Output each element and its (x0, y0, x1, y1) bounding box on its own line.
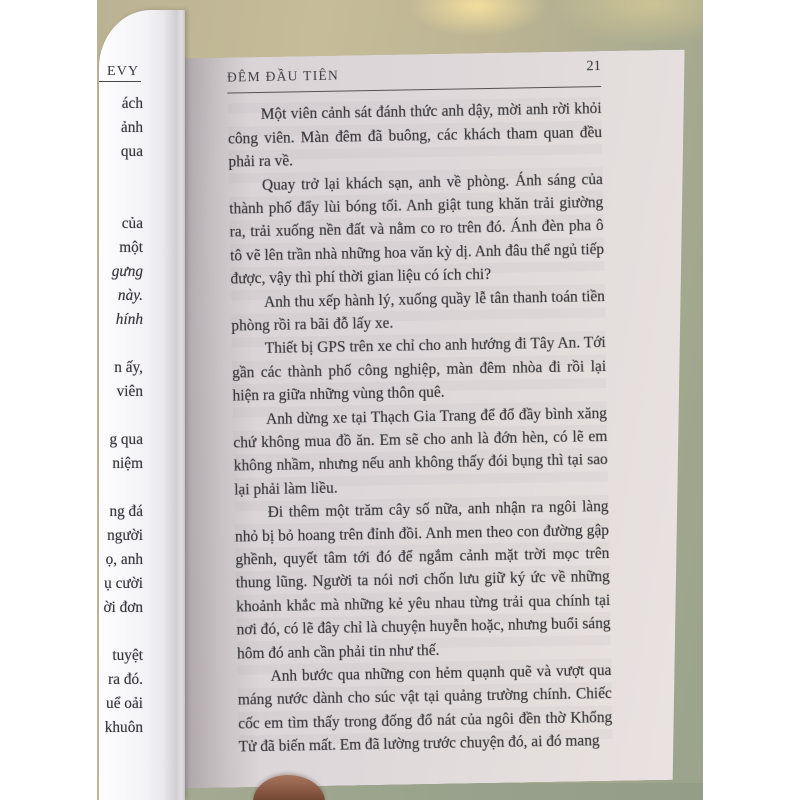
left-page-text-fragment: gưng (99, 260, 143, 284)
running-header-title: ĐÊM ĐẦU TIÊN (227, 68, 339, 86)
left-page-text-fragment: n ấy, (99, 356, 143, 380)
left-page-text-fragment: tuyệt (99, 644, 143, 668)
page-number: 21 (586, 58, 601, 75)
paragraph-5: Anh dừng xe tại Thạch Gia Trang để đổ đầ… (233, 402, 609, 502)
left-page-text-fragment: ảnh (99, 116, 143, 140)
left-page-text-fragment: này. (99, 284, 143, 308)
paragraph-2: Quay trở lại khách sạn, anh về phòng. Án… (229, 168, 605, 292)
book-right-page: ĐÊM ĐẦU TIÊN 21 Một viên cảnh sát đánh t… (171, 50, 698, 789)
left-page-text-fragment: g qua (99, 428, 143, 452)
left-page-text-fragments: áchảnhquacủamộtgưngnày.hínhn ấy,viêng qu… (99, 92, 185, 740)
paragraph-1: Một viên cảnh sát đánh thức anh dậy, mời… (227, 97, 602, 174)
left-page-text-fragment: ời đơn (99, 596, 143, 620)
left-page-text-fragment: ng đá (99, 500, 143, 524)
left-page-text-fragment: ụ cười (99, 572, 143, 596)
scene: ĐÊM ĐẦU TIÊN 21 Một viên cảnh sát đánh t… (0, 0, 800, 800)
left-running-title-fragment: EVY (99, 64, 141, 82)
running-header: ĐÊM ĐẦU TIÊN 21 (227, 63, 601, 90)
left-page-text-fragment: ra đó. (99, 668, 143, 692)
left-page-text-fragment: người (99, 524, 143, 548)
paragraph-3: Anh thu xếp hành lý, xuống quầy lễ tân t… (231, 285, 606, 338)
left-page-text-fragment: ọ, anh (99, 548, 143, 572)
left-page-text-fragment: ách (99, 92, 143, 116)
left-page-text-fragment: niệm (99, 452, 143, 476)
body-text: Một viên cảnh sát đánh thức anh dậy, mời… (227, 97, 612, 759)
left-page-text-fragment: qua (99, 140, 143, 164)
left-page-text-fragment: khuôn (99, 716, 143, 740)
left-page-text-fragment: uể oải (99, 692, 143, 716)
paragraph-6: Đi thêm một trăm cây số nữa, anh nhận ra… (234, 495, 611, 665)
left-page-text-fragment: của (99, 212, 143, 236)
left-page-text-fragment: một (99, 236, 143, 260)
book-left-page-curled: EVY áchảnhquacủamộtgưngnày.hínhn ấy,viên… (99, 10, 185, 800)
paragraph-7: Anh bước qua những con hẻm quạnh quẽ và … (237, 659, 613, 759)
page-content: ĐÊM ĐẦU TIÊN 21 Một viên cảnh sát đánh t… (227, 63, 613, 759)
paragraph-4: Thiết bị GPS trên xe chỉ cho anh hướng đ… (232, 331, 607, 408)
book-photo: ĐÊM ĐẦU TIÊN 21 Một viên cảnh sát đánh t… (97, 0, 703, 800)
left-page-text-fragment: hính (99, 308, 143, 332)
left-page-text-fragment: viên (99, 380, 143, 404)
left-page-running-header: EVY (99, 62, 185, 84)
